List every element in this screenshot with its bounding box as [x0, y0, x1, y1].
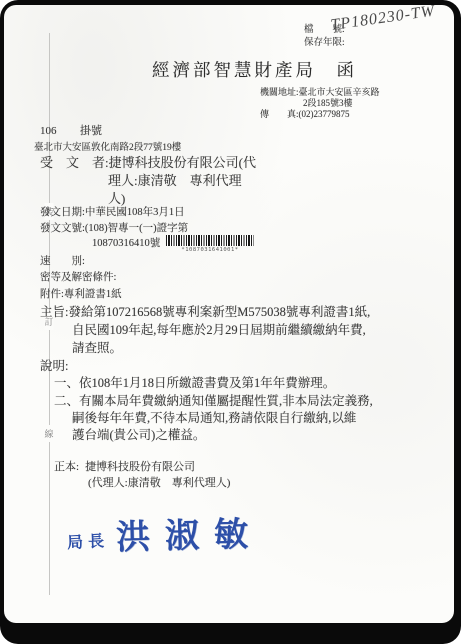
agency-fax-line: 傳 真:(02)23779875 — [260, 110, 350, 120]
document-barcode — [166, 235, 254, 246]
fax-label: 傳 真: — [260, 109, 299, 119]
original-copy-line1: 正本:捷博科技股份有限公司 — [54, 461, 195, 473]
scanned-letter: 裝 訂 線 檔 號: 保存年限: TP180230-TW 經濟部智慧財產局 函 … — [0, 0, 461, 644]
attachment-line: 附件:專利證書1紙 — [40, 289, 122, 301]
agency-address-value: 臺北市大安區辛亥路 — [299, 87, 380, 97]
recipient-label: 受 文 者: — [40, 155, 109, 170]
issue-date-value: 中華民國108年3月1日 — [85, 207, 185, 218]
explanation-item2-line2: 嗣後每年年費,不待本局通知,務請依限自行繳納,以維 — [72, 412, 356, 426]
attachment-label: 附件: — [40, 289, 64, 300]
agency-address-line1: 機關地址:臺北市大安區辛亥路 — [260, 88, 380, 98]
subject-line1: 主旨:發給第107216568號專利案新型M575038號專利證書1紙, — [40, 306, 370, 320]
explanation-item2-line1: 二、有關本局年費繳納通知僅屬提醒性質,非本局法定義務, — [54, 395, 373, 409]
recipient-address: 臺北市大安區敦化南路2段77號19樓 — [34, 143, 181, 153]
original-label: 正本: — [54, 461, 79, 473]
recipient-line2: 理人:康清敬 專利代理 — [108, 174, 242, 188]
doc-number-value1: (108)智專一(一)證字第 — [85, 223, 188, 234]
fax-number: (02)23779875 — [299, 109, 350, 119]
subject-line2: 自民國109年起,每年應於2月29日屆期前繼續繳納年費, — [72, 324, 366, 338]
document-title: 經濟部智慧財產局 函 — [152, 61, 357, 80]
issue-date-label: 發文日期: — [40, 207, 85, 218]
letter-page: 裝 訂 線 檔 號: 保存年限: TP180230-TW 經濟部智慧財產局 函 … — [4, 5, 454, 623]
agency-address-line2: 2段185號3樓 — [303, 99, 353, 109]
explanation-item2-line3: 護台端(貴公司)之權益。 — [72, 429, 205, 443]
original-recipient: 捷博科技股份有限公司 — [85, 461, 195, 473]
doc-number-line2: 10870316410號 — [92, 238, 160, 250]
doc-number-label: 發文文號: — [40, 223, 85, 234]
agency-address-label: 機關地址: — [260, 87, 299, 97]
subject-line3: 請查照。 — [72, 342, 122, 356]
recipient-name: 捷博科技股份有限公司(代 — [109, 155, 256, 170]
subject-text1: 發給第107216568號專利案新型M575038號專利證書1紙, — [68, 305, 370, 319]
signer-title: 局長 — [66, 528, 109, 553]
recipient-line1: 受 文 者:捷博科技股份有限公司(代 — [40, 156, 256, 170]
mail-type: 掛號 — [80, 125, 102, 137]
explanation-label: 說明: — [40, 360, 68, 374]
original-copy-line2: (代理人:康清敬 專利代理人) — [88, 477, 230, 489]
explanation-item1: 一、依108年1月18日所繳證書費及第1年年費辦理。 — [54, 377, 335, 391]
recipient-line3: 人) — [108, 192, 125, 206]
mail-number: 106 — [40, 125, 57, 137]
priority-label: 速 別: — [40, 256, 85, 268]
handwritten-file-number: TP180230-TW — [330, 3, 437, 35]
issue-date-line: 發文日期:中華民國108年3月1日 — [40, 207, 185, 219]
retention-label: 保存年限: — [304, 38, 345, 48]
doc-number-line1: 發文文號:(108)智專一(一)證字第 — [40, 223, 188, 235]
signer-signature: 洪淑敏 — [115, 506, 263, 559]
secrecy-label: 密等及解密條件: — [40, 272, 116, 284]
subject-label: 主旨: — [40, 305, 68, 319]
barcode-text: *1087031641001* — [164, 247, 256, 253]
binding-mark-xian: 線 — [44, 425, 53, 442]
attachment-value: 專利證書1紙 — [64, 289, 122, 300]
